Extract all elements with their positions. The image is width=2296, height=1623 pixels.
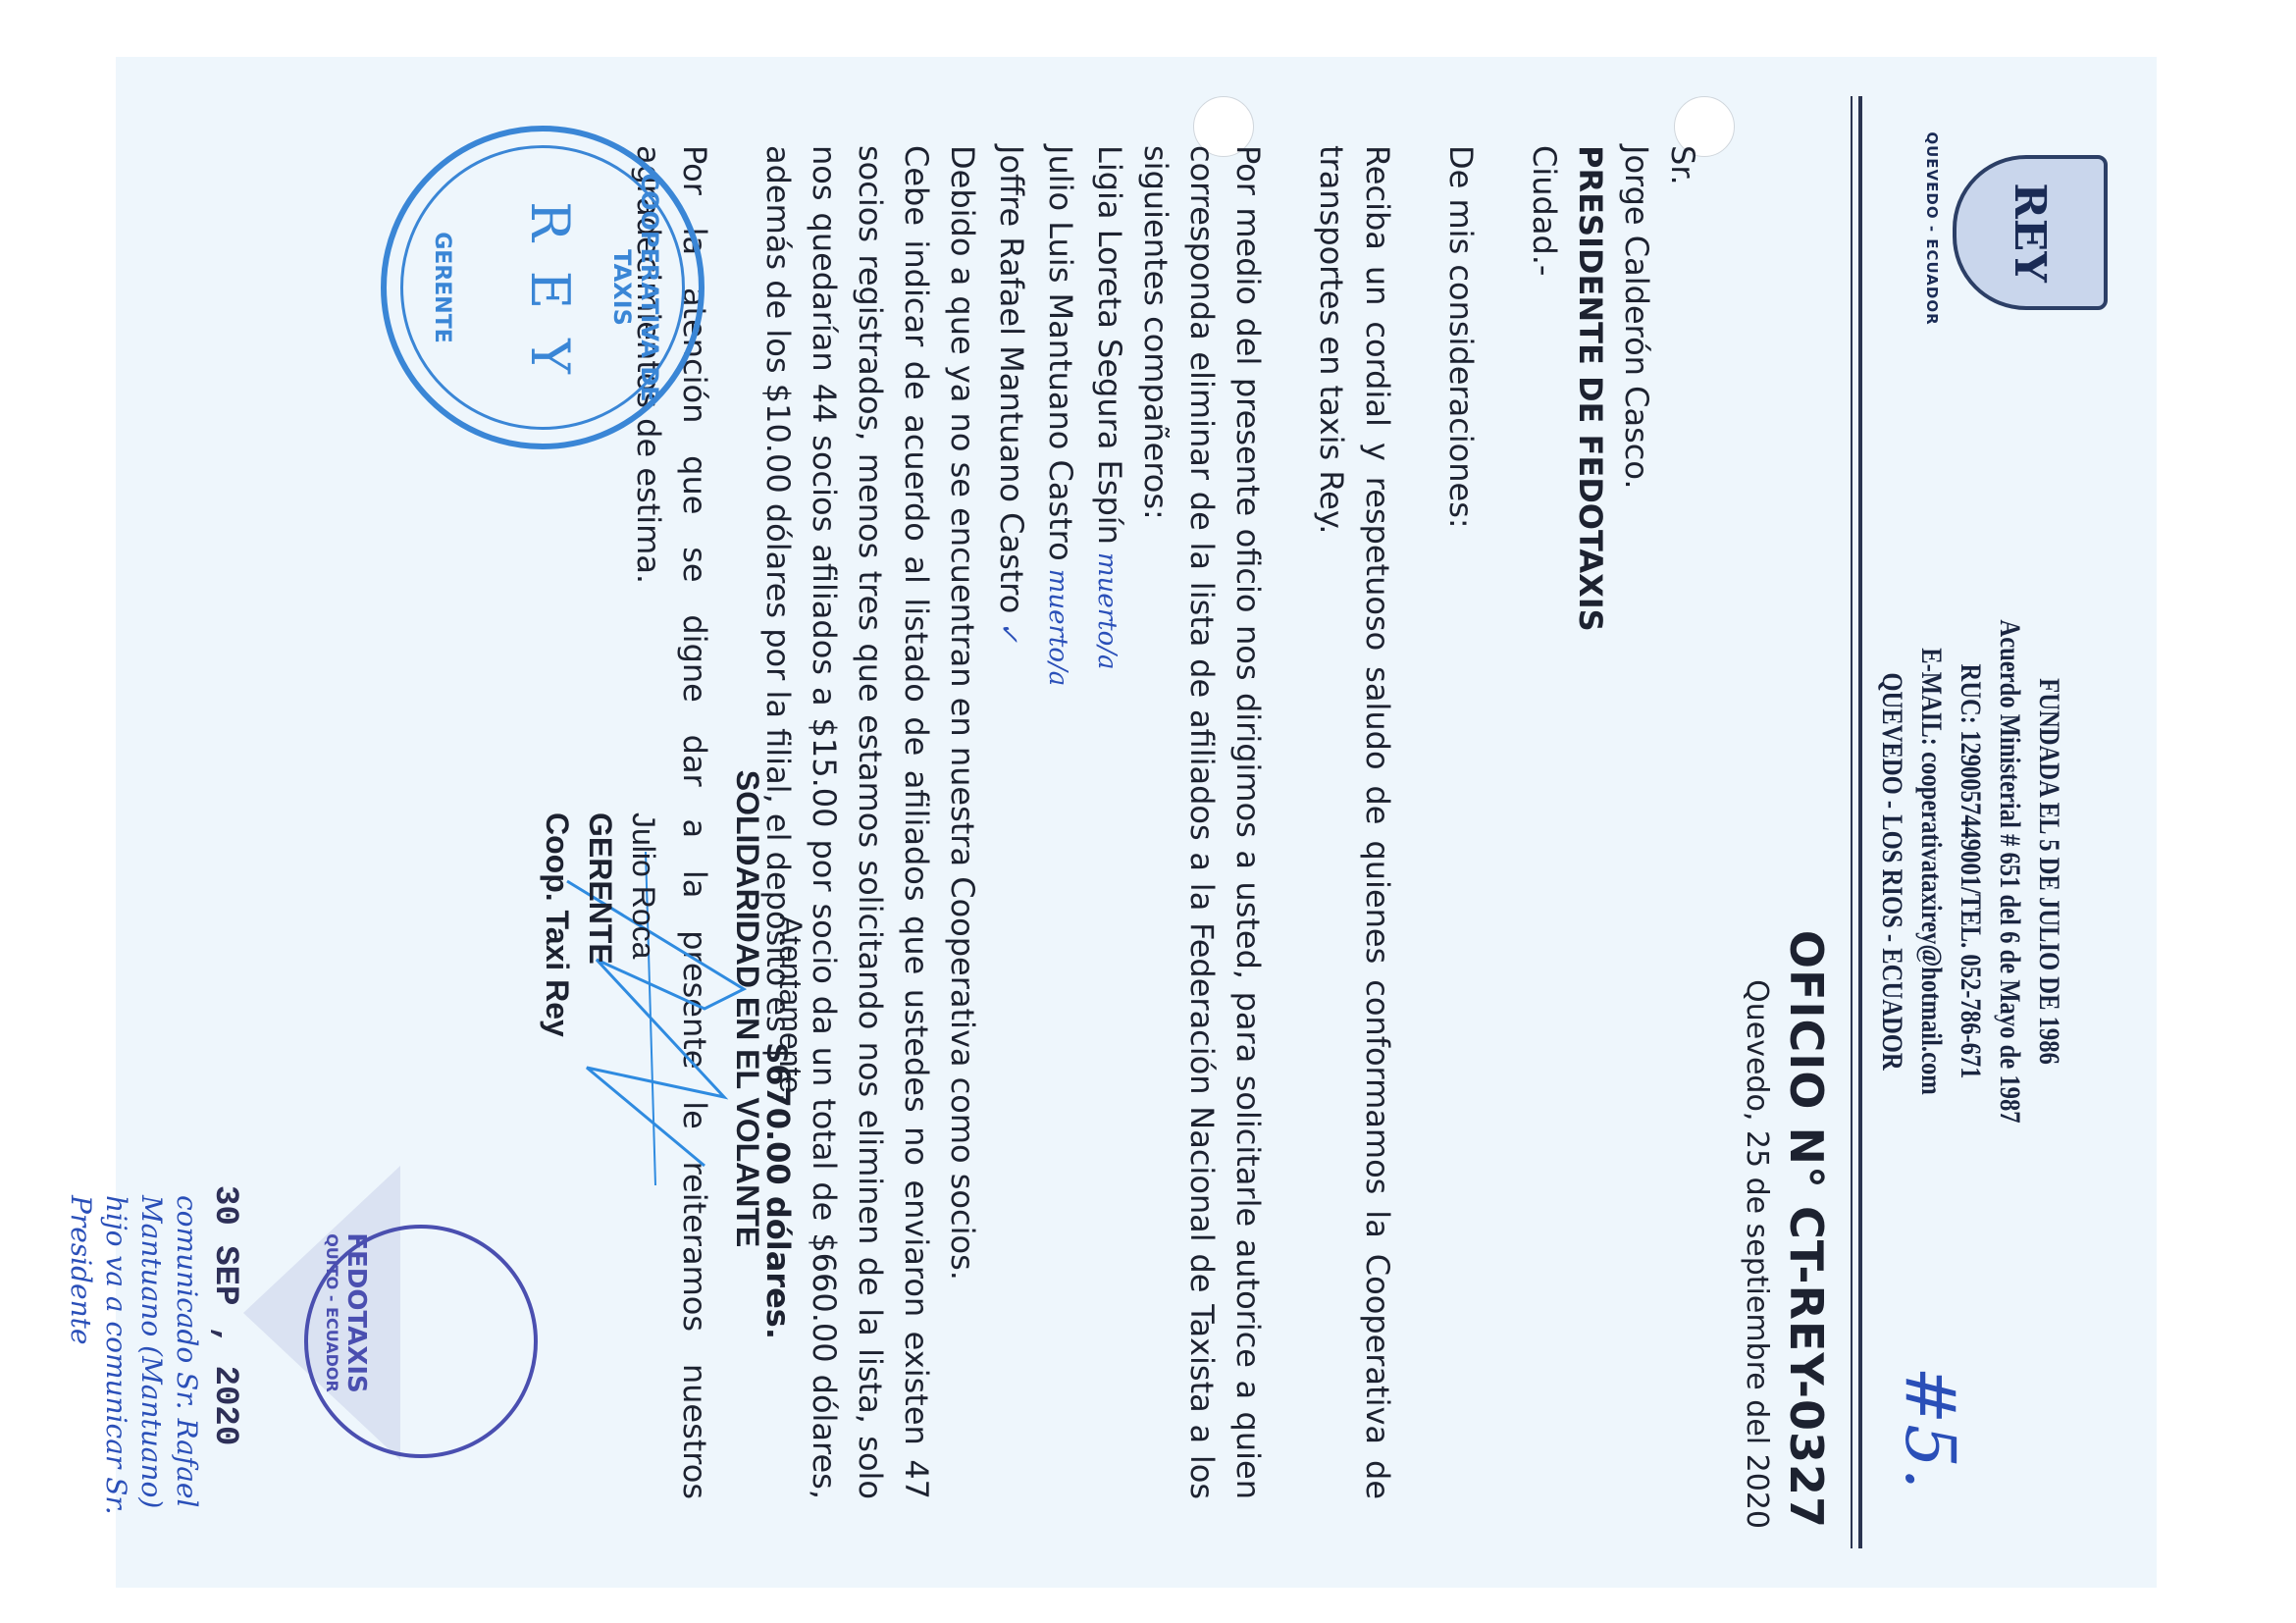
letterhead: REY QUEVEDO - ECUADOR FUNDADA EL 5 DE JU…: [1833, 96, 2127, 1548]
received-date-stamp: 30 SEP , 2020: [206, 1185, 243, 1445]
oficio-header: OFICIO N° CT-REY-0327 Quevedo, 25 de sep…: [1740, 930, 1833, 1529]
salutation: Sr.: [1659, 145, 1705, 1499]
founded-line: FUNDADA EL 5 DE JULIO DE 1986: [2029, 509, 2068, 1233]
signer-role: GERENTE: [579, 812, 622, 1037]
check-mark-icon: ✓: [994, 621, 1023, 643]
considerations: De mis consideraciones:: [1437, 145, 1484, 1499]
email-line: E-MAIL: cooperativataxirey@hotmail.com: [1911, 509, 1951, 1233]
request-paragraph: Por medio del presente oficio nos dirigi…: [1132, 145, 1271, 1499]
regards: Atentamente,: [769, 606, 812, 1411]
handwritten-note: muerto/a: [1092, 552, 1122, 670]
signer-name: Julio Roca: [622, 812, 665, 1037]
shield-icon: REY: [1953, 155, 2108, 310]
logo-caption: QUEVEDO - ECUADOR: [1923, 106, 1941, 351]
fedotaxis-stamp: FEDOTAXIS QUITO - ECUADOR: [243, 1166, 538, 1480]
location-line: QUEVEDO - LOS RIOS - ECUADOR: [1872, 509, 1911, 1233]
handwritten-note: muerto/a: [1043, 569, 1072, 687]
oficio-number: OFICIO N° CT-REY-0327: [1780, 930, 1833, 1529]
reason-paragraph: Debido a que ya no se encuentran en nues…: [939, 145, 985, 1499]
recipient-title: PRESIDENTE DE FEDOTAXIS: [1567, 145, 1613, 1499]
handwritten-reference: #5.: [1890, 1367, 1970, 1490]
member-item: Ligia Loreta Segura Espínmuerto/a: [1083, 145, 1132, 1499]
signer-org: Coop. Taxi Rey: [536, 812, 579, 1037]
letter-page: REY QUEVEDO - ECUADOR FUNDADA EL 5 DE JU…: [116, 57, 2157, 1588]
cooperative-logo: REY QUEVEDO - ECUADOR: [1892, 96, 2127, 351]
cooperative-rey-stamp: COOPERATIVA DE TAXIS REY GERENTE: [381, 126, 704, 449]
oficio-date: Quevedo, 25 de septiembre del 2020: [1740, 930, 1774, 1529]
ruc-phone-line: RUC: 1290057449001/TEL. 052-786-671: [1951, 509, 1990, 1233]
agreement-line: Acuerdo Ministerial # 651 del 6 de Mayo …: [1990, 509, 2029, 1233]
recipient-name: Jorge Calderón Casco.: [1613, 145, 1659, 1499]
greeting-paragraph: Reciba un cordial y respetuoso saludo de…: [1308, 145, 1400, 1499]
recipient-city: Ciudad.-: [1521, 145, 1567, 1499]
signer-block: Julio Roca GERENTE Coop. Taxi Rey: [536, 812, 665, 1037]
member-item: Julio Luis Mantuano Castromuerto/a: [1034, 145, 1083, 1499]
letterhead-info: FUNDADA EL 5 DE JULIO DE 1986 Acuerdo Mi…: [1872, 509, 2068, 1233]
header-rule: [1851, 96, 1862, 1548]
member-item: Joffre Rafael Mantuano Castro✓: [985, 145, 1034, 1499]
handwritten-annotation: comunicado Sr. Rafael Mantuano (Mantuano…: [63, 1195, 204, 1568]
